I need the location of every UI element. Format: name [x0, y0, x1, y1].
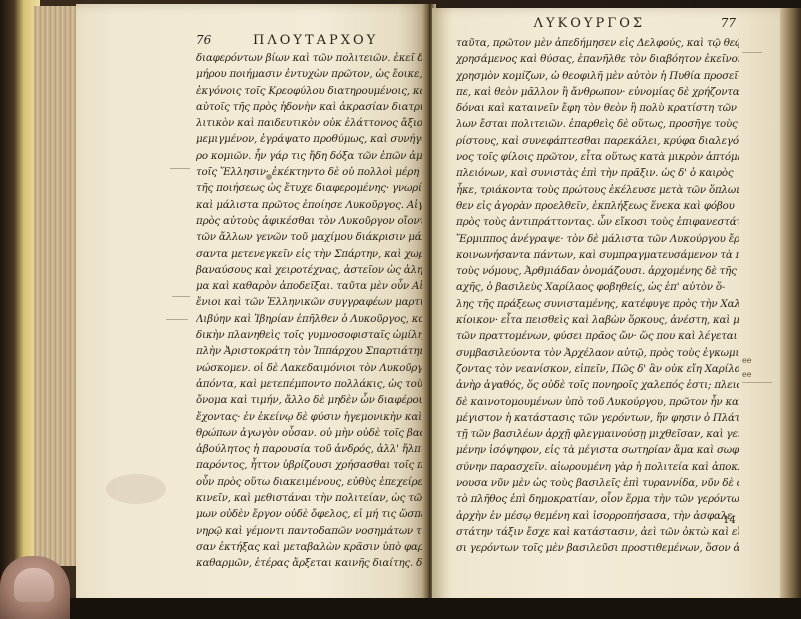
text-line: ἀβούλητος ἡ παρουσία τοῦ ἀνδρός, ἀλλ' ἤλ…: [196, 441, 422, 457]
right-page-number: 77: [721, 16, 736, 30]
right-page-text: ταῦτα, πρῶτον μὲν ἀπεδήμησεν εἰς Δελφούς…: [456, 35, 739, 557]
text-line: λιτικὸν καὶ παιδευτικὸν οὐκ ἐλάττονος ἄξ…: [196, 115, 422, 131]
page-fore-edge: [34, 6, 79, 566]
margin-note: ee: [742, 356, 751, 365]
text-line: ἀπόντα, καὶ μετεπέμποντο πολλάκις, ὡς το…: [196, 376, 422, 392]
text-line: κοινωνήσαντα πάντων, καὶ συμπραγματευσάμ…: [456, 247, 739, 263]
text-line: τὸ πλῆθος ἐπὶ δημοκρατίαν, οἷον ἕρμα τὴν…: [456, 491, 739, 507]
text-line: Ἕρμιππος ἀνέγραψε· τὸν δὲ μάλιστα τῶν Λυ…: [456, 231, 739, 247]
thumb-nail: [14, 568, 54, 602]
text-line: τῶν πραττομένων, φύσει πρᾶος ὤν· ὥς που …: [456, 328, 739, 344]
text-line: κινεῖν, καὶ μεθιστάναι τὴν πολιτείαν, ὡς…: [196, 490, 422, 506]
text-line: σαντα μετενεγκεῖν εἰς τὴν Σπάρτην, καὶ χ…: [196, 246, 422, 262]
text-line: πλὴν Ἀριστοκράτη τὸν Ἱππάρχου Σπαρτιάτην…: [196, 343, 422, 359]
bottom-shadow: [60, 598, 801, 619]
text-line: ζοντας τὸν νεανίσκον, εἰπεῖν, Πῶς δ' ἂν …: [456, 361, 739, 377]
text-line: πρὸς αὐτοὺς ἀφικέσθαι τὸν Λυκοῦργον οἴον…: [196, 213, 422, 229]
left-header-title: ΠΛΟΥΤΑΡΧΟΥ: [211, 33, 420, 48]
text-line: καθαρμῶν, ἑτέρας ἄρξεται καινῆς διαίτης.…: [196, 555, 422, 571]
text-line: Λιβύην καὶ Ἰβηρίαν ἐπῆλθεν ὁ Λυκοῦργος, …: [196, 311, 422, 327]
text-line: παρόντος, ἧττον ὑβρίζουσι χρήσασθαι τοῖς…: [196, 457, 422, 473]
text-line: σύνην παρασχεῖν. αἰωρουμένη γὰρ ἡ πολιτε…: [456, 459, 739, 475]
text-line: μα καὶ καθαρὸν ἀποδεῖξαι. ταῦτα μὲν οὖν …: [196, 278, 422, 294]
text-line: μέγιστον ἡ κατάστασις τῶν γερόντων, ἥν φ…: [456, 410, 739, 426]
paper-stain: [106, 474, 166, 504]
text-line: χρησάμενος καὶ θύσας, ἐπανῆλθε τὸν διαβό…: [456, 51, 739, 67]
text-line: δὲ καινοτομουμένων ὑπὸ τοῦ Λυκούργου, πρ…: [456, 394, 739, 410]
margin-mark: [742, 52, 762, 53]
text-line: ὄνομα καὶ τιμήν, ἄλλο δὲ μηδὲν ὧν διαφέρ…: [196, 392, 422, 408]
right-running-head: ΛΥΚΟΥΡΓΟΣ 77: [458, 16, 736, 31]
text-line: αὐτοῖς τῆς πρὸς ἡδονὴν καὶ ἀκρασίαν διατ…: [196, 99, 422, 115]
text-line: πρὸς τοὺς ἀντιπράττοντας. ὧν εἴκοσι τοὺς…: [456, 214, 739, 230]
left-page-text: διαφερόντων βίων καὶ τῶν πολιτειῶν. ἐκεῖ…: [196, 50, 422, 572]
text-line: χρησμὸν κομίζων, ὡ θεοφιλῆ μὲν αὐτὸν ἡ Π…: [456, 68, 739, 84]
text-line: νος τοῖς φίλοις πρῶτον, εἶτα οὕτως κατὰ …: [456, 149, 739, 165]
text-line: δόναι καὶ καταινεῖν ἔφη τὸν θεὸν ἣ πολὺ …: [456, 100, 739, 116]
text-line: τῇ τῶν βασιλέων ἀρχῇ φλεγμαινούσῃ μιχθεῖ…: [456, 426, 739, 442]
text-line: καὶ μάλιστα πρῶτος ἐποίησε Λυκοῦργος. Αἰ…: [196, 197, 422, 213]
text-line: ἔχοντας· ἐν ἐκείνῳ δὲ φύσιν ἡγεμονικὴν κ…: [196, 409, 422, 425]
text-line: νουσα νῦν μὲν ὡς τοὺς βασιλεῖς ἐπὶ τυραν…: [456, 475, 739, 491]
text-line: σαν ἐκτήξας καὶ μεταβαλὼν κρᾶσιν ὑπὸ φαρ…: [196, 539, 422, 555]
text-line: ἀρχὴν ἐν μέσῳ θεμένη καὶ ἰσορροπήσασα, τ…: [456, 508, 739, 524]
text-line: διαφερόντων βίων καὶ τῶν πολιτειῶν. ἐκεῖ…: [196, 50, 422, 66]
text-line: λων ἔσται πολιτειῶν. ἐπαρθεὶς δὲ οὕτως, …: [456, 116, 739, 132]
text-line: συμβασιλεύοντα τὸν Ἀρχέλαον αὐτῷ, πρὸς τ…: [456, 345, 739, 361]
text-line: ἀνὴρ ἀγαθός, ὅς οὐδὲ τοῖς πονηροῖς χαλεπ…: [456, 377, 739, 393]
text-line: νώσκομεν. οἱ δὲ Λακεδαιμόνιοι τὸν Λυκοῦρ…: [196, 360, 422, 376]
text-line: τοῖς Ἕλλησιν· ἐκέκτηντο δὲ οὐ πολλοὶ μέρ…: [196, 164, 422, 180]
text-line: σι γερόντων τοῖς μὲν βασιλεῦσι προστιθεμ…: [456, 540, 739, 556]
photo-background: 76 ΠΛΟΥΤΑΡΧΟΥ ΛΥΚΟΥΡΓΟΣ 77 διαφερόντων β…: [0, 0, 801, 619]
text-line: ρο κομιῶν. ἦν γάρ τις ἤδη δόξα τῶν ἐπῶν …: [196, 148, 422, 164]
text-line: αχῆς, ὁ βασιλεὺς Χαρίλαος φοβηθείς, ὡς ἐ…: [456, 279, 739, 295]
text-line: κίοικον· εἶτα πεισθεὶς καὶ λαβὼν ὅρκους,…: [456, 312, 739, 328]
text-line: θρώπων ἀγωγὸν οὖσαν. οὐ μὴν οὐδὲ τοῖς βα…: [196, 425, 422, 441]
text-line: μων οὐδὲν ἔργον οὐδὲ ὄφελος, εἰ μή τις ὥ…: [196, 506, 422, 522]
text-line: μεμιγμένον, ἐγράψατο προθύμως, καὶ συνήγ…: [196, 131, 422, 147]
left-running-head: 76 ΠΛΟΥΤΑΡΧΟΥ: [196, 33, 420, 48]
text-line: δικὴν πλανηθεὶς τοῖς γυμνοσοφισταῖς ὡμίλ…: [196, 327, 422, 343]
text-line: πε, καὶ θεὸν μᾶλλον ἢ ἄνθρωπον· εὐνομίας…: [456, 84, 739, 100]
text-line: μένην ἰσόψηφον, εἰς τὰ μέγιστα σωτηρίαν …: [456, 442, 739, 458]
signature-mark: 14: [723, 515, 736, 526]
text-line: ἔνιοι καὶ τῶν Ἑλληνικῶν συγγραφέων μαρτυ…: [196, 294, 422, 310]
right-page-edge: [780, 8, 801, 608]
text-line: τοὺς νόμους, Ἀρθμιάδαν ὀνομάζουσι. ἀρχομ…: [456, 263, 739, 279]
text-line: λης τῆς πράξεως συνισταμένης, κατέφυγε π…: [456, 296, 739, 312]
left-page-number: 76: [196, 33, 211, 47]
text-line: ταῦτα, πρῶτον μὲν ἀπεδήμησεν εἰς Δελφούς…: [456, 35, 739, 51]
margin-mark: [742, 382, 772, 383]
margin-mark: [166, 319, 188, 320]
text-line: ἐκγόνοις τοῖς Κρεοφύλου διατηρουμένοις, …: [196, 83, 422, 99]
margin-mark: [170, 168, 190, 169]
text-line: μήρου ποιήμασιν ἐντυχὼν πρῶτον, ὡς ἔοικε…: [196, 66, 422, 82]
margin-note: ee: [742, 370, 751, 379]
text-line: θεν εἰς ἀγορὰν προελθεῖν, ἐκπλήξεως ἕνεκ…: [456, 198, 739, 214]
right-header-title: ΛΥΚΟΥΡΓΟΣ: [458, 16, 721, 31]
text-line: τῆς ποιήσεως ὡς ἔτυχε διαφερομένης· γνωρ…: [196, 180, 422, 196]
text-line: ρίστους, καὶ συνεφάπτεσθαι παρεκάλει, κρ…: [456, 133, 739, 149]
text-line: ἧκε, τριάκοντα τοὺς πρώτους ἐκέλευσε μετ…: [456, 182, 739, 198]
margin-mark: [172, 296, 190, 297]
text-line: βαναύσους καὶ χειροτέχνας, ἀστεῖον ὡς ἀλ…: [196, 262, 422, 278]
text-line: στάτην τάξιν ἔσχε καὶ κατάστασιν, ἀεὶ τῶ…: [456, 524, 739, 540]
text-line: τῶν ἄλλων γενῶν τοῦ μαχίμου διάκρισιν μά…: [196, 229, 422, 245]
text-line: οὖν πρὸς οὕτω διακειμένους, εὐθὺς ἐπεχεί…: [196, 474, 422, 490]
text-line: νηρῷ καὶ γέμοντι παντοδαπῶν νοσημάτων τὴ…: [196, 523, 422, 539]
text-line: πλειόνων, καὶ συνιστὰς ἐπὶ τὴν πρᾶξιν. ὡ…: [456, 165, 739, 181]
